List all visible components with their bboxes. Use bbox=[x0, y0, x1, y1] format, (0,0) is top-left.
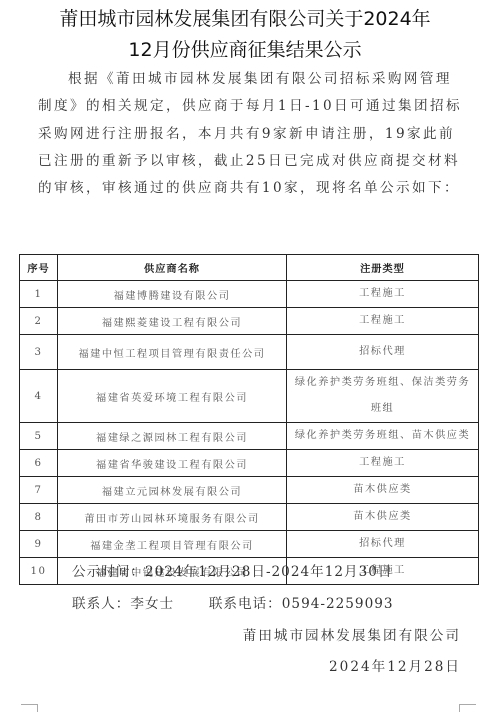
contact-phone: 联系电话：0594-2259093 bbox=[209, 596, 394, 612]
row-index: 6 bbox=[20, 450, 58, 477]
row-index: 7 bbox=[20, 477, 58, 504]
table-row: 6 福建省华骏建设工程有限公司 工程施工 bbox=[20, 450, 479, 477]
supplier-name: 福建绿之源园林工程有限公司 bbox=[58, 423, 287, 450]
supplier-name: 莆田市芳山园林环境服务有限公司 bbox=[58, 504, 287, 531]
row-index: 4 bbox=[20, 370, 58, 423]
title-line-2: 12月份供应商征集结果公示 bbox=[0, 35, 490, 66]
table-row: 3 福建中恒工程项目管理有限责任公司 招标代理 bbox=[20, 335, 479, 370]
row-index: 5 bbox=[20, 423, 58, 450]
table-row: 4 福建省英爱环境工程有限公司 绿化养护类劳务班组、保洁类劳务班组 bbox=[20, 370, 479, 423]
registration-type: 工程施工 bbox=[287, 281, 479, 308]
table-row: 8 莆田市芳山园林环境服务有限公司 苗木供应类 bbox=[20, 504, 479, 531]
page-corner-mark-left bbox=[21, 704, 38, 712]
registration-type: 招标代理 bbox=[287, 531, 479, 558]
registration-type: 苗木供应类 bbox=[287, 504, 479, 531]
table-row: 7 福建立元园林发展有限公司 苗木供应类 bbox=[20, 477, 479, 504]
row-index: 8 bbox=[20, 504, 58, 531]
table-row: 5 福建绿之源园林工程有限公司 绿化养护类劳务班组、苗木供应类 bbox=[20, 423, 479, 450]
signature-org: 莆田城市园林发展集团有限公司 bbox=[243, 624, 461, 644]
signature-date: 2024年12月28日 bbox=[329, 655, 461, 675]
supplier-name: 福建省华骏建设工程有限公司 bbox=[58, 450, 287, 477]
supplier-name: 福建博腾建设有限公司 bbox=[58, 281, 287, 308]
page-corner-mark-right bbox=[459, 704, 476, 712]
registration-type: 绿化养护类劳务班组、保洁类劳务班组 bbox=[287, 370, 479, 423]
row-index: 3 bbox=[20, 335, 58, 370]
supplier-table: 序号 供应商名称 注册类型 1 福建博腾建设有限公司 工程施工 2 福建熙菱建设… bbox=[19, 254, 479, 585]
registration-type: 工程施工 bbox=[287, 308, 479, 335]
supplier-name: 福建中恒工程项目管理有限责任公司 bbox=[58, 335, 287, 370]
contact-line: 联系人：李女士 联系电话：0594-2259093 bbox=[72, 592, 394, 612]
document-title: 莆田城市园林发展集团有限公司关于2024年 12月份供应商征集结果公示 bbox=[0, 4, 490, 66]
supplier-name: 福建金垄工程项目管理有限公司 bbox=[58, 531, 287, 558]
row-index: 10 bbox=[20, 558, 58, 585]
body-paragraph-text: 根据《莆田城市园林发展集团有限公司招标采购网管理制度》的相关规定，供应商于每月1… bbox=[38, 71, 462, 196]
row-index: 9 bbox=[20, 531, 58, 558]
supplier-name: 福建立元园林发展有限公司 bbox=[58, 477, 287, 504]
registration-type: 工程施工 bbox=[287, 450, 479, 477]
title-line-1: 莆田城市园林发展集团有限公司关于2024年 bbox=[0, 4, 490, 35]
notice-period: 公示时间：2024年12月28日-2024年12月30日 bbox=[72, 560, 393, 580]
table-row: 2 福建熙菱建设工程有限公司 工程施工 bbox=[20, 308, 479, 335]
row-index: 2 bbox=[20, 308, 58, 335]
table-row: 1 福建博腾建设有限公司 工程施工 bbox=[20, 281, 479, 308]
table-header-row: 序号 供应商名称 注册类型 bbox=[20, 255, 479, 281]
supplier-name: 福建省英爱环境工程有限公司 bbox=[58, 370, 287, 423]
registration-type: 招标代理 bbox=[287, 335, 479, 370]
table-row: 9 福建金垄工程项目管理有限公司 招标代理 bbox=[20, 531, 479, 558]
supplier-name: 福建熙菱建设工程有限公司 bbox=[58, 308, 287, 335]
body-paragraph: 根据《莆田城市园林发展集团有限公司招标采购网管理制度》的相关规定，供应商于每月1… bbox=[38, 66, 464, 202]
header-index: 序号 bbox=[20, 255, 58, 281]
row-index: 1 bbox=[20, 281, 58, 308]
registration-type: 苗木供应类 bbox=[287, 477, 479, 504]
contact-person: 联系人：李女士 bbox=[72, 596, 174, 612]
registration-type: 绿化养护类劳务班组、苗木供应类 bbox=[287, 423, 479, 450]
header-supplier-name: 供应商名称 bbox=[58, 255, 287, 281]
header-registration-type: 注册类型 bbox=[287, 255, 479, 281]
